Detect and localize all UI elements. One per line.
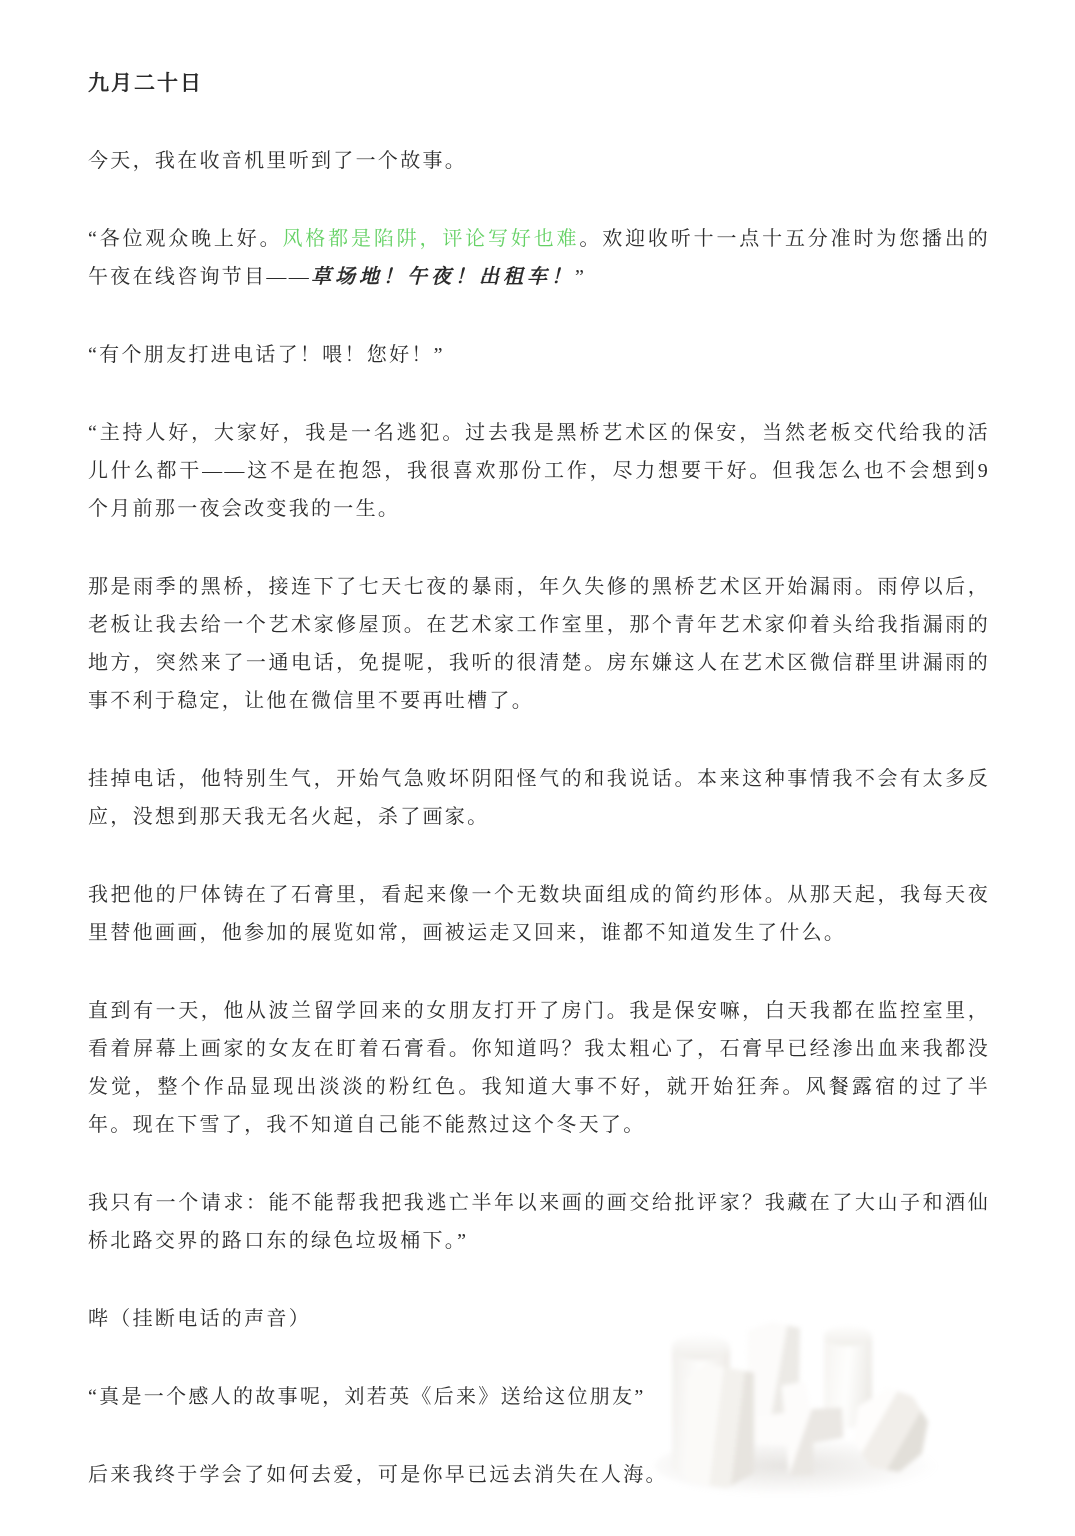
plaster-shapes-photo [660, 1316, 960, 1506]
paragraph-discovery: 直到有一天，他从波兰留学回来的女朋友打开了房门。我是保安嘛，白天我都在监控室里，… [88, 992, 990, 1144]
paragraph-anger: 挂掉电话，他特别生气，开始气急败坏阴阳怪气的和我说话。本来这种事情我不会有太多反… [88, 760, 990, 836]
radio-intro-post: ” [575, 266, 586, 288]
paragraph-radio-intro: “各位观众晚上好。风格都是陷阱，评论写好也难。欢迎收听十一点十五分准时为您播出的… [88, 220, 990, 296]
paragraph-host-greeting: “主持人好，大家好，我是一名逃犯。过去我是黑桥艺术区的保安，当然老板交代给我的活… [88, 414, 990, 528]
paragraph-request: 我只有一个请求：能不能帮我把我逃亡半年以来画的画交给批评家？我藏在了大山子和酒仙… [88, 1184, 990, 1260]
radio-show-name: 草场地！午夜！出租车！ [311, 266, 575, 288]
paragraph-intro: 今天，我在收音机里听到了一个故事。 [88, 142, 990, 180]
paragraph-plaster-statue: 我把他的尸体铸在了石膏里，看起来像一个无数块面组成的简约形体。从那天起，我每天夜… [88, 876, 990, 952]
date-title: 九月二十日 [88, 64, 990, 102]
paragraph-rain-story: 那是雨季的黑桥，接连下了七天七夜的暴雨，年久失修的黑桥艺术区开始漏雨。雨停以后，… [88, 568, 990, 720]
paragraph-caller: “有个朋友打进电话了！喂！您好！” [88, 336, 990, 374]
diary-page: 九月二十日 今天，我在收音机里听到了一个故事。 “各位观众晚上好。风格都是陷阱，… [0, 0, 1075, 1494]
shape-hexagonal-prism [686, 1364, 754, 1488]
radio-green-highlight: 风格都是陷阱，评论写好也难 [282, 228, 579, 250]
radio-intro-pre: “各位观众晚上好。 [88, 228, 282, 250]
